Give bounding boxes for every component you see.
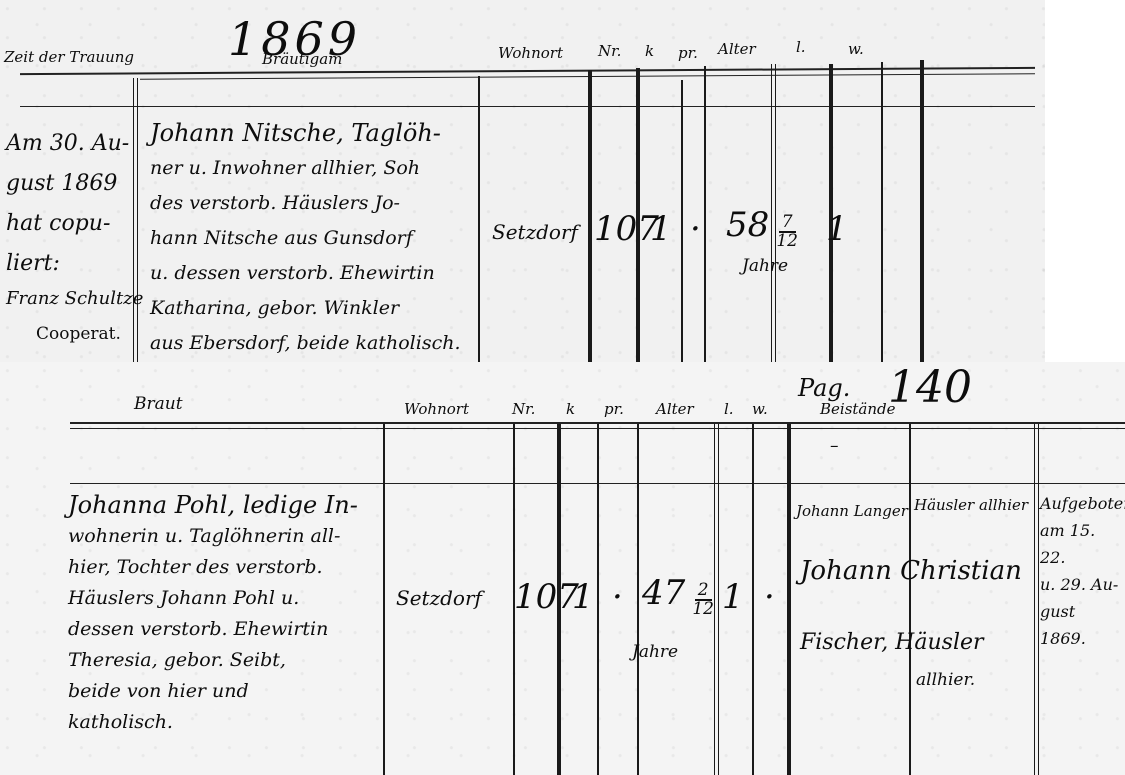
header-single: l.	[796, 40, 806, 55]
witness-2-surname: Fischer, Häusler	[800, 632, 984, 654]
header-age: Alter	[718, 42, 756, 57]
column-divider-witness-2	[1034, 424, 1039, 775]
header-prot: pr.	[678, 46, 698, 61]
register-scan-bottom: Braut Wohnort Nr. k pr. Alter l. w. Beis…	[0, 362, 1125, 775]
header-house-no: Nr.	[598, 44, 621, 59]
witness-2-residence: allhier.	[916, 672, 975, 689]
column-divider-prot	[637, 424, 639, 775]
header-widowed: w.	[848, 42, 864, 57]
groom-age-denominator: 12	[776, 233, 798, 250]
bride-line: katholisch.	[68, 707, 388, 738]
bride-age-numerator: 2	[695, 582, 712, 601]
bride-age-fraction: 2 12	[692, 582, 714, 618]
register-scan-top: Zeit der Trauung 1869 Bräutigam Wohnort …	[0, 0, 1045, 362]
bride-age-years: 47	[642, 573, 685, 613]
groom-line: hann Nitsche aus Gunsdorf	[150, 221, 480, 256]
groom-line: Katharina, gebor. Winkler	[150, 291, 480, 326]
groom-residence: Setzdorf	[492, 222, 578, 242]
bride-description: Johanna Pohl, ledige In- wohnerin u. Tag…	[68, 490, 388, 738]
bride-line: Theresia, gebor. Seibt,	[68, 645, 388, 676]
page-label: Pag.	[798, 376, 850, 400]
header-date: Zeit der Trauung	[4, 50, 134, 65]
date-line: hat copu-	[6, 204, 134, 244]
header-kath: k	[645, 44, 654, 59]
bride-house-no: 107	[514, 580, 579, 614]
witness-dash: –	[830, 438, 839, 455]
groom-line: aus Ebersdorf, beide katholisch.	[150, 326, 480, 361]
column-divider-kath	[681, 80, 683, 362]
header-residence: Wohnort	[404, 402, 469, 417]
bride-religion-prot: ·	[612, 580, 623, 614]
groom-age: 58 7 12	[726, 208, 798, 250]
groom-age-numerator: 7	[779, 214, 796, 233]
header-single: l.	[724, 402, 734, 417]
witness-1-occupation-text: Häusler allhier	[914, 496, 1028, 514]
header-residence: Wohnort	[498, 46, 563, 61]
date-line: liert:	[6, 244, 134, 284]
page-number: 140	[888, 366, 972, 410]
column-divider-witness-1	[909, 424, 911, 775]
witness-1-name: Johann Langer	[796, 504, 908, 519]
bride-residence: Setzdorf	[396, 588, 482, 608]
column-divider-prot	[704, 66, 706, 362]
groom-line: ner u. Inwohner allhier, Soh	[150, 151, 480, 186]
bride-line: Johanna Pohl, ledige In-	[68, 490, 388, 521]
bride-religion-kath: 1	[572, 580, 594, 614]
bride-line: beide von hier und	[68, 676, 388, 707]
header-widowed: w.	[752, 402, 768, 417]
column-divider-end	[920, 60, 924, 362]
banns-line: am 15. 22.	[1040, 517, 1125, 571]
column-divider-residence	[588, 70, 592, 362]
column-divider-widowed	[787, 424, 791, 775]
header-kath: k	[566, 402, 575, 417]
groom-age-unit: Jahre	[742, 258, 788, 275]
banns-line: gust 1869.	[1040, 598, 1125, 652]
groom-age-fraction: 7 12	[776, 214, 798, 250]
header-prot: pr.	[604, 402, 624, 417]
groom-line: des verstorb. Häuslers Jo-	[150, 186, 480, 221]
date-line: gust 1869	[6, 164, 134, 204]
date-line: Am 30. Au-	[6, 124, 134, 164]
bride-line: wohnerin u. Taglöhnerin all-	[68, 521, 388, 552]
header-groom: Bräutigam	[262, 52, 342, 67]
groom-line: u. dessen verstorb. Ehewirtin	[150, 256, 480, 291]
witness-1-occupation: Häusler allhier	[914, 492, 1029, 518]
bride-single: 1	[722, 580, 744, 614]
column-divider-widowed	[881, 62, 883, 362]
groom-religion-kath: 1	[650, 212, 672, 246]
bride-line: dessen verstorb. Ehewirtin	[68, 614, 388, 645]
groom-religion-prot: ·	[690, 212, 701, 246]
witness-2-name: Johann Christian	[800, 558, 1022, 584]
groom-description: Johann Nitsche, Taglöh- ner u. Inwohner …	[150, 116, 480, 361]
bride-age-unit: Jahre	[632, 644, 678, 661]
groom-age-years: 58	[726, 205, 769, 245]
bride-age-denominator: 12	[692, 601, 714, 618]
header-house-no: Nr.	[512, 402, 535, 417]
officiant-title: Cooperat.	[36, 326, 121, 343]
banns-line: Aufgeboten	[1040, 490, 1125, 517]
bride-age: 47 2 12	[642, 576, 714, 618]
header-age: Alter	[656, 402, 694, 417]
column-divider-kath	[597, 424, 599, 775]
groom-single: 1	[826, 212, 848, 246]
banns-dates: Aufgeboten am 15. 22. u. 29. Au- gust 18…	[1040, 490, 1125, 652]
column-divider-single	[752, 424, 754, 775]
bride-line: Häuslers Johann Pohl u.	[68, 583, 388, 614]
officiant-name: Franz Schultze	[6, 290, 143, 308]
column-divider-age	[714, 424, 719, 775]
bride-line: hier, Tochter des verstorb.	[68, 552, 388, 583]
header-bride: Braut	[134, 396, 183, 413]
header-witnesses: Beistände	[820, 402, 896, 417]
banns-line: u. 29. Au-	[1040, 571, 1125, 598]
bride-widowed: ·	[764, 580, 775, 614]
entry-date: Am 30. Au- gust 1869 hat copu- liert:	[6, 124, 134, 284]
groom-line: Johann Nitsche, Taglöh-	[150, 116, 480, 151]
